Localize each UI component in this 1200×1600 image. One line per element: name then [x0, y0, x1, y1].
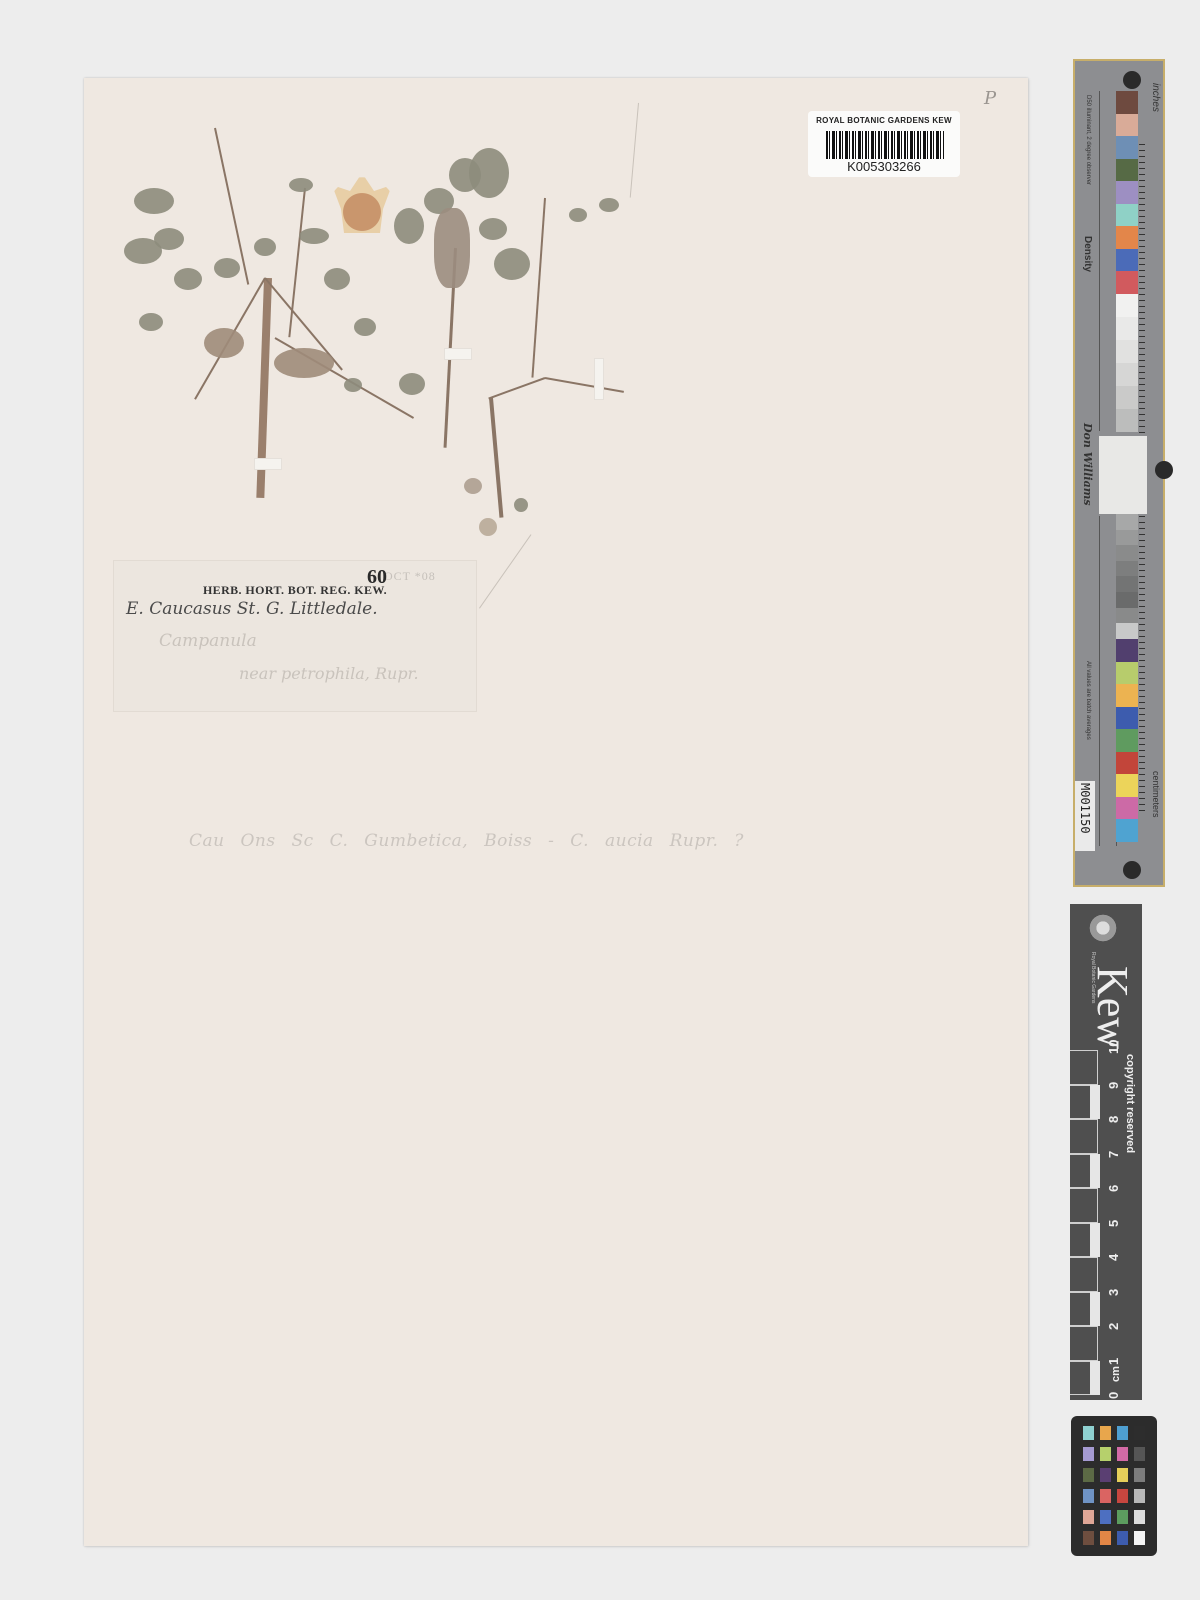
checker-patch — [1134, 1531, 1145, 1545]
cm-tick-label: 3 — [1106, 1288, 1121, 1295]
color-patch — [1116, 752, 1138, 775]
units-centimeters: centimeters — [1151, 771, 1161, 818]
kew-scale-bar: Royal Botanic Gardens Kew copyright rese… — [1070, 904, 1142, 1400]
illuminant-note: D50 illuminant, 2 degree observer — [1085, 95, 1091, 185]
brand-text: Don Williams — [1081, 423, 1094, 506]
cm-tick-label: 8 — [1106, 1116, 1121, 1123]
cm-tick-label: 10 — [1106, 1040, 1121, 1054]
checker-patch — [1117, 1426, 1128, 1440]
kew-logo: Kew — [1087, 966, 1138, 1049]
checker-patch — [1083, 1531, 1094, 1545]
color-patch — [1116, 340, 1138, 363]
color-patch — [1116, 317, 1138, 340]
color-patch — [1116, 226, 1138, 249]
color-patch — [1116, 639, 1138, 662]
checker-patch — [1117, 1510, 1128, 1524]
color-patch — [1116, 159, 1138, 182]
cm-tick-label: 2 — [1106, 1323, 1121, 1330]
density-label: Density — [1082, 236, 1093, 272]
cm-block-white — [1090, 1223, 1100, 1258]
cm-tick-label: 9 — [1106, 1081, 1121, 1088]
cm-block — [1070, 1119, 1098, 1154]
genus-annotation: Campanula — [159, 631, 257, 651]
checker-patch — [1083, 1468, 1094, 1482]
color-checker-card — [1071, 1416, 1157, 1556]
cm-block-white — [1090, 1085, 1100, 1120]
color-patch — [1116, 729, 1138, 752]
color-patch — [1116, 409, 1138, 432]
barcode-label: ROYAL BOTANIC GARDENS KEW K005303266 — [808, 111, 960, 177]
cm-tick-label: 1 — [1106, 1357, 1121, 1364]
color-patch — [1116, 797, 1138, 820]
color-patch — [1116, 136, 1138, 159]
color-patch — [1116, 181, 1138, 204]
color-patch — [1116, 249, 1138, 272]
cm-tick-label: 4 — [1106, 1254, 1121, 1261]
species-annotation: near petrophila, Rupr. — [239, 664, 419, 683]
density-window — [1099, 436, 1147, 514]
locality-collector: E. Caucasus St. G. Littledale. — [126, 599, 378, 619]
cm-block — [1070, 1050, 1098, 1085]
checker-patch — [1134, 1510, 1145, 1524]
color-patch — [1116, 363, 1138, 386]
plant-specimen-left — [124, 118, 424, 498]
checker-patch — [1083, 1489, 1094, 1503]
color-calibration-bar: inches centimeters D50 illuminant, 2 deg… — [1073, 59, 1165, 887]
checker-patch — [1100, 1489, 1111, 1503]
color-patch — [1116, 114, 1138, 137]
checker-patch — [1100, 1468, 1111, 1482]
checker-patch — [1134, 1447, 1145, 1461]
plant-specimen-right — [444, 198, 644, 538]
checker-patch — [1134, 1489, 1145, 1503]
cm-block-white — [1090, 1154, 1100, 1189]
unit-label: cm — [1110, 1366, 1122, 1382]
cm-block-white — [1090, 1361, 1100, 1396]
color-patch — [1116, 707, 1138, 730]
barcode-number: K005303266 — [808, 159, 960, 174]
color-patch — [1116, 271, 1138, 294]
checker-patch — [1100, 1510, 1111, 1524]
checker-patch — [1100, 1531, 1111, 1545]
flower — [332, 173, 392, 233]
mounting-hole-icon — [1123, 71, 1141, 89]
copyright-text: copyright reserved — [1124, 1054, 1136, 1153]
herbarium-header: HERB. HORT. BOT. REG. KEW. — [114, 583, 476, 598]
units-inches: inches — [1150, 83, 1161, 112]
checker-patch — [1117, 1531, 1128, 1545]
checker-patch — [1117, 1468, 1128, 1482]
mounting-hole-icon — [1123, 861, 1141, 879]
mounting-tape — [254, 458, 282, 470]
color-patch — [1116, 514, 1138, 530]
checker-patch — [1083, 1426, 1094, 1440]
checker-patch — [1083, 1447, 1094, 1461]
cm-block — [1070, 1257, 1098, 1292]
checker-patch — [1134, 1468, 1145, 1482]
checker-patch — [1117, 1447, 1128, 1461]
cm-block — [1070, 1326, 1098, 1361]
crest-icon — [1088, 912, 1118, 944]
date-stamp: OCT *08 — [384, 569, 436, 584]
color-bar-id: M001150 — [1075, 781, 1095, 851]
cm-block-white — [1090, 1292, 1100, 1327]
color-patch — [1116, 684, 1138, 707]
determination-annotation: Cau Ons Sc C. Gumbetica, Boiss - C. auci… — [189, 831, 744, 851]
color-patch — [1116, 819, 1138, 842]
cm-tick-label: 6 — [1106, 1185, 1121, 1192]
color-patch — [1116, 294, 1138, 317]
color-patch — [1116, 592, 1138, 608]
checker-patch — [1100, 1426, 1111, 1440]
herbarium-sheet: P ROYAL BOTANIC GARDENS KEW K005303266 — [84, 78, 1028, 1546]
color-patch — [1116, 576, 1138, 592]
checker-patch — [1083, 1510, 1094, 1524]
color-patch — [1116, 545, 1138, 561]
color-patch — [1116, 623, 1138, 639]
barcode-institution: ROYAL BOTANIC GARDENS KEW — [808, 116, 960, 125]
specimen-label: OCT *08 60 HERB. HORT. BOT. REG. KEW. E.… — [113, 560, 477, 712]
batch-note: All values are batch averages — [1085, 661, 1091, 740]
cm-tick-label: 7 — [1106, 1150, 1121, 1157]
corner-mark: P — [984, 88, 996, 109]
checker-patch — [1100, 1447, 1111, 1461]
checker-patch — [1134, 1426, 1145, 1440]
color-patch — [1116, 91, 1138, 114]
color-patch — [1116, 662, 1138, 685]
color-patch — [1116, 561, 1138, 577]
cm-tick-label: 5 — [1106, 1219, 1121, 1226]
color-patch — [1116, 774, 1138, 797]
cm-scale — [1070, 1040, 1100, 1395]
mounting-hole-icon — [1155, 461, 1173, 479]
color-patch — [1116, 530, 1138, 546]
cm-tick-label: 0 — [1106, 1392, 1121, 1399]
barcode-icon — [826, 131, 944, 159]
cm-block — [1070, 1188, 1098, 1223]
color-patch — [1116, 608, 1138, 624]
color-patch — [1116, 204, 1138, 227]
checker-patch — [1117, 1489, 1128, 1503]
color-patch — [1116, 386, 1138, 409]
